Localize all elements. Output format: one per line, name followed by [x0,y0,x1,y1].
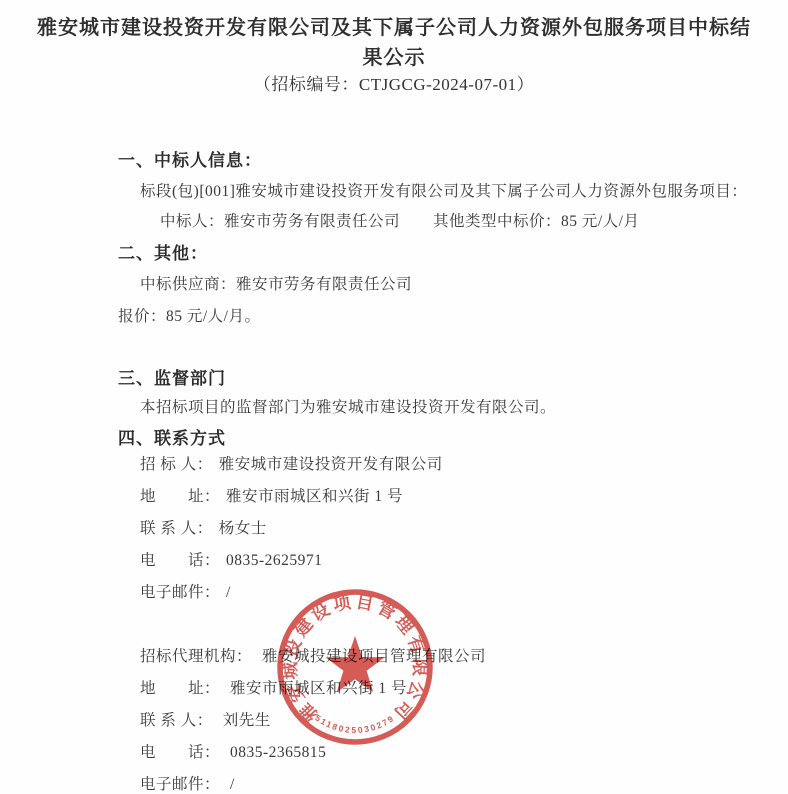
agency-contact-block: 招标代理机构：雅安城投建设项目管理有限公司 地 址：雅安市雨城区和兴街 1 号 … [140,641,748,794]
contact-label: 联 系 人： [140,705,213,737]
contact-row-email: 电子邮件：/ [140,577,748,609]
contact-value: / [220,776,235,793]
lot-line: 标段(包)[001]雅安城市建设投资开发有限公司及其下属子公司人力资源外包服务项… [140,179,747,201]
contact-label: 地 址： [140,481,220,513]
winner-price: 其他类型中标价：85 元/人/月 [433,209,640,231]
contact-label: 招标代理机构： [140,641,252,673]
section1-heading: 一、中标人信息： [118,146,262,171]
supplier-line: 中标供应商：雅安市劳务有限责任公司 [140,272,412,294]
contact-value: 雅安城投建设项目管理有限公司 [252,648,486,665]
contact-row-person: 联 系 人：刘先生 [140,705,748,737]
contact-row-tenderer: 招 标 人：雅安城市建设投资开发有限公司 [140,449,748,481]
contact-value: 雅安市雨城区和兴街 1 号 [220,680,407,697]
document-title-line2: 果公示 [0,41,788,70]
contact-label: 电 话： [140,737,220,769]
section4-heading: 四、联系方式 [118,424,226,449]
contact-value: 雅安城市建设投资开发有限公司 [213,456,443,473]
contact-value: 雅安市雨城区和兴街 1 号 [220,488,403,505]
contact-label: 电子邮件： [140,769,220,794]
contact-row-address: 地 址：雅安市雨城区和兴街 1 号 [140,481,748,513]
contact-row-email: 电子邮件：/ [140,769,748,794]
contact-value: 0835-2365815 [220,744,326,761]
contact-row-address: 地 址：雅安市雨城区和兴街 1 号 [140,673,748,705]
contact-value: 0835-2625971 [220,552,322,569]
contact-value: 杨女士 [213,520,267,537]
document-page: 雅安城市建设投资开发有限公司及其下属子公司人力资源外包服务项目中标结 果公示 （… [0,0,788,794]
contact-row-phone: 电 话：0835-2625971 [140,545,748,577]
section3-heading: 三、监督部门 [118,364,226,389]
quote-line: 报价：85 元/人/月。 [118,304,261,326]
document-title-line1: 雅安城市建设投资开发有限公司及其下属子公司人力资源外包服务项目中标结 [0,11,788,40]
contact-value: / [220,584,231,601]
contact-row-phone: 电 话：0835-2365815 [140,737,748,769]
contact-label: 电 话： [140,545,220,577]
section2-heading: 二、其他： [118,239,208,264]
tender-number: （招标编号：CTJGCG-2024-07-01） [0,70,788,95]
contact-label: 招 标 人： [140,449,213,481]
contact-label: 电子邮件： [140,577,220,609]
contact-label: 地 址： [140,673,220,705]
contact-row-person: 联 系 人：杨女士 [140,513,748,545]
supervision-line: 本招标项目的监督部门为雅安城市建设投资开发有限公司。 [140,395,556,417]
contact-row-agency: 招标代理机构：雅安城投建设项目管理有限公司 [140,641,748,673]
contact-label: 联 系 人： [140,513,213,545]
tenderer-contact-block: 招 标 人：雅安城市建设投资开发有限公司 地 址：雅安市雨城区和兴街 1 号 联… [140,449,748,609]
winner-line: 中标人：雅安市劳务有限责任公司 [160,209,400,231]
contact-value: 刘先生 [213,712,271,729]
